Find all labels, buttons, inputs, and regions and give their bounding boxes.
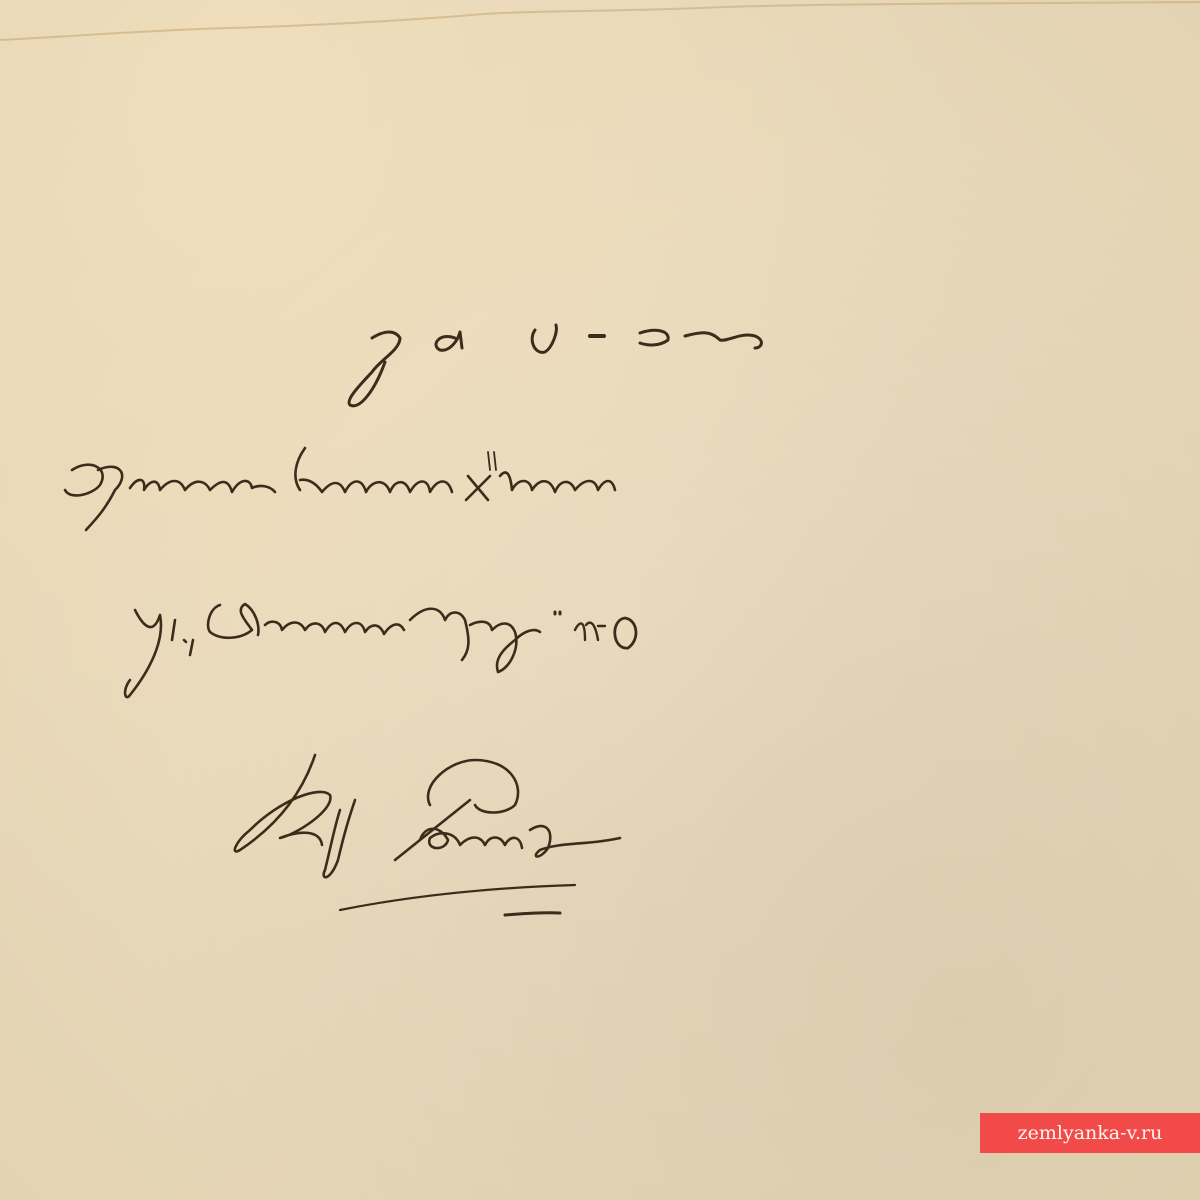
line-2-handwriting bbox=[65, 448, 615, 530]
handwriting bbox=[0, 0, 1200, 1200]
line-3-handwriting bbox=[125, 604, 636, 697]
line-4-handwriting bbox=[235, 755, 620, 915]
watermark-badge: zemlyanka-v.ru bbox=[980, 1113, 1200, 1153]
line-1-handwriting bbox=[349, 325, 761, 406]
watermark-text: zemlyanka-v.ru bbox=[1018, 1122, 1163, 1144]
